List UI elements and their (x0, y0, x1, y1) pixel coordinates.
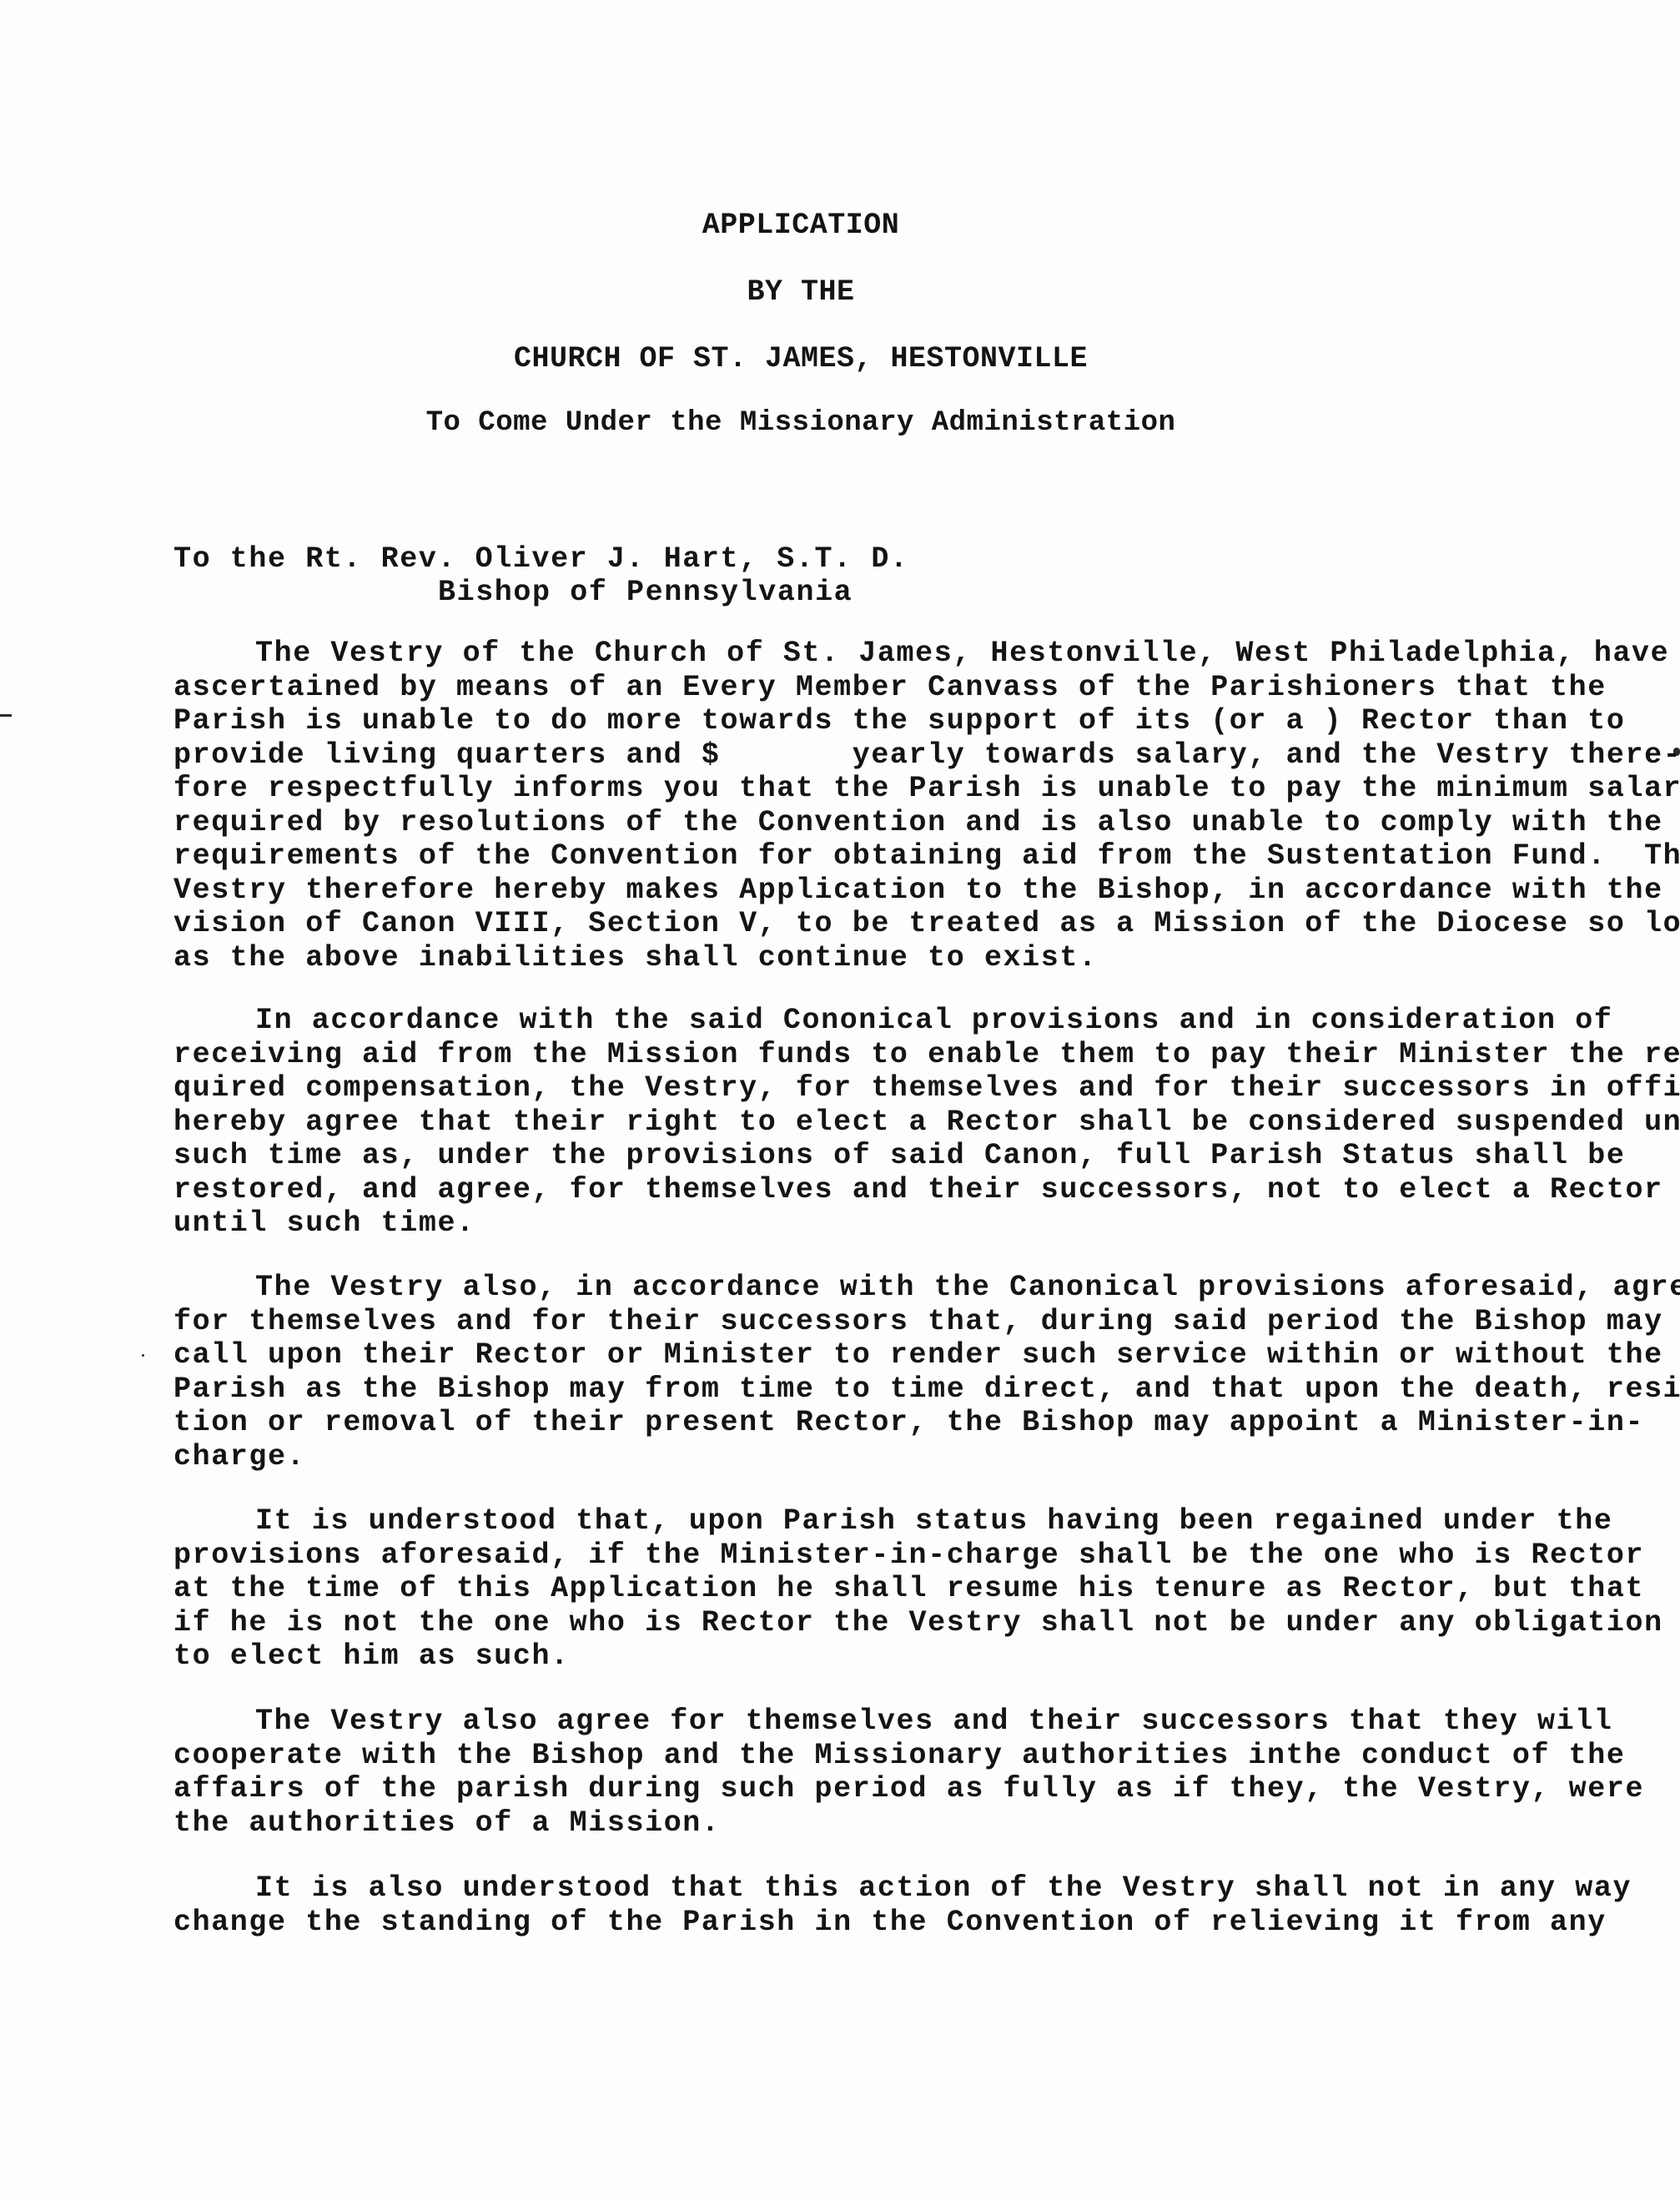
paragraph-line: requirements of the Convention for obtai… (174, 839, 1550, 874)
paragraph-3: The Vestry also, in accordance with the … (174, 1271, 1550, 1473)
paragraph-line: call upon their Rector or Minister to re… (174, 1338, 1550, 1372)
paragraph-line: The Vestry also, in accordance with the … (174, 1271, 1550, 1305)
paragraph-line: It is understood that, upon Parish statu… (174, 1504, 1550, 1539)
paragraph-1: The Vestry of the Church of St. James, H… (174, 637, 1550, 975)
paragraph-line: tion or removal of their present Rector,… (174, 1406, 1550, 1440)
paragraph-4: It is understood that, upon Parish statu… (174, 1504, 1550, 1674)
paragraph-line: as the above inabilities shall continue … (174, 941, 1550, 975)
left-edge-dot (142, 1354, 144, 1357)
paragraph-line: until such time. (174, 1206, 1550, 1241)
paragraph-line: receiving aid from the Mission funds to … (174, 1038, 1550, 1072)
document-title: APPLICATION (0, 209, 1602, 242)
paragraph-5: The Vestry also agree for themselves and… (174, 1705, 1550, 1840)
paragraph-line: quired compensation, the Vestry, for the… (174, 1071, 1550, 1106)
paragraph-line: The Vestry also agree for themselves and… (174, 1705, 1550, 1739)
paragraph-line: fore respectfully informs you that the P… (174, 772, 1550, 806)
paragraph-2: In accordance with the said Cononical pr… (174, 1004, 1550, 1241)
document-page: APPLICATION BY THE CHURCH OF ST. JAMES, … (0, 0, 1680, 2201)
paragraph-line: Vestry therefore hereby makes Applicatio… (174, 874, 1550, 908)
paragraph-line: change the standing of the Parish in the… (174, 1906, 1550, 1940)
paragraph-line: charge. (174, 1440, 1550, 1474)
salutation-title: Bishop of Pennsylvania (438, 576, 853, 609)
paragraph-line: Parish as the Bishop may from time to ti… (174, 1372, 1550, 1407)
paragraph-line: at the time of this Application he shall… (174, 1572, 1550, 1606)
paragraph-line: provide living quarters and $ yearly tow… (174, 738, 1550, 773)
paragraph-line: restored, and agree, for themselves and … (174, 1173, 1550, 1207)
document-title-by: BY THE (0, 275, 1602, 309)
paragraph-6: It is also understood that this action o… (174, 1871, 1550, 1939)
paragraph-line: the authorities of a Mission. (174, 1806, 1550, 1841)
paragraph-line: cooperate with the Bishop and the Missio… (174, 1739, 1550, 1773)
left-edge-mark (0, 714, 12, 717)
paragraph-line: vision of Canon VIII, Section V, to be t… (174, 907, 1550, 941)
church-name: CHURCH OF ST. JAMES, HESTONVILLE (0, 342, 1602, 375)
paragraph-line: Parish is unable to do more towards the … (174, 704, 1550, 738)
paragraph-line: ascertained by means of an Every Member … (174, 671, 1550, 705)
paragraph-line: affairs of the parish during such period… (174, 1772, 1550, 1806)
paragraph-line: In accordance with the said Cononical pr… (174, 1004, 1550, 1038)
paragraph-line: required by resolutions of the Conventio… (174, 806, 1550, 840)
paragraph-line: for themselves and for their successors … (174, 1305, 1550, 1339)
paragraph-line: It is also understood that this action o… (174, 1871, 1550, 1906)
paragraph-line: if he is not the one who is Rector the V… (174, 1606, 1550, 1640)
salutation-addressee: To the Rt. Rev. Oliver J. Hart, S.T. D. (174, 542, 909, 576)
paragraph-line: hereby agree that their right to elect a… (174, 1106, 1550, 1140)
paragraph-line: The Vestry of the Church of St. James, H… (174, 637, 1550, 671)
paragraph-line: provisions aforesaid, if the Minister-in… (174, 1539, 1550, 1573)
paragraph-line: such time as, under the provisions of sa… (174, 1139, 1550, 1173)
document-subtitle: To Come Under the Missionary Administrat… (0, 407, 1602, 439)
paragraph-line: to elect him as such. (174, 1639, 1550, 1674)
